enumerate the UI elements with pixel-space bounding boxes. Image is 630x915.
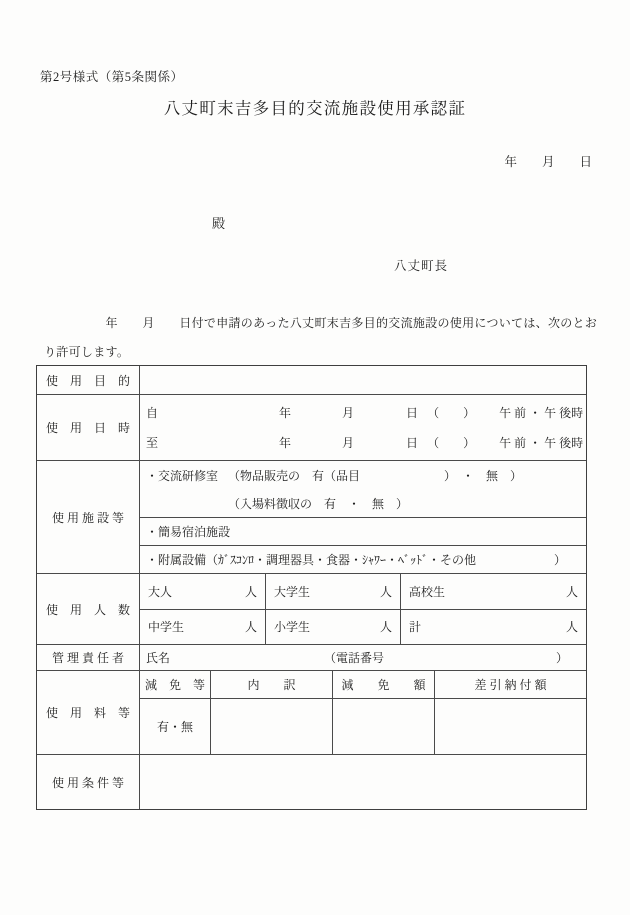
fee-label: 使 用 料 等: [37, 671, 140, 754]
people-cell-university[interactable]: 大学生 人: [266, 574, 401, 609]
manager-label: 管 理 責 任 者: [37, 645, 140, 670]
people-cell-total[interactable]: 計 人: [401, 610, 586, 645]
datetime-to-line: 至 年 月 日 （ ） 午 前 ・ 午 後 時: [140, 428, 586, 458]
people-highschool-label: 高校生: [409, 583, 445, 600]
people-label: 使 用 人 数: [37, 574, 140, 644]
table-row-people: 使 用 人 数 大人 人 大学生 人 高校生 人: [37, 573, 586, 644]
fee-exemption-choice[interactable]: 有・無: [140, 699, 211, 754]
facility-training-room: ・交流研修室 （物品販売の 有（品目 ） ・ 無 ） （入場料徴収の 有 ・ 無…: [140, 461, 586, 517]
dt-from-hour: 時: [571, 404, 583, 421]
approval-table: 使 用 目 的 使 用 日 時 自 年 月 日 （ ） 午 前 ・ 午 後 時 …: [36, 365, 587, 810]
people-elementary-label: 小学生: [274, 618, 310, 635]
people-row-1: 大人 人 大学生 人 高校生 人: [140, 574, 586, 609]
people-university-unit: 人: [380, 583, 392, 600]
people-university-label: 大学生: [274, 583, 310, 600]
people-cell-elementary[interactable]: 小学生 人: [266, 610, 401, 645]
fee-data-row: 有・無: [140, 698, 586, 754]
goods-sale-option[interactable]: （物品販売の 有（品目: [228, 467, 360, 484]
fee-header-exemption-amount: 減 免 額: [333, 671, 435, 698]
purpose-label: 使 用 目 的: [37, 366, 140, 394]
dt-from-month: 月: [342, 404, 354, 421]
body-text-line1: 年 月 日付で申請のあった八丈町末吉多目的交流施設の使用については、次のとお: [44, 314, 597, 331]
fee-header-breakdown: 内 訳: [211, 671, 333, 698]
dt-from-prefix: 自: [146, 404, 158, 421]
addressee-honorific: 殿: [212, 213, 225, 232]
dt-to-year: 年: [279, 434, 291, 451]
facilities-value-cell: ・交流研修室 （物品販売の 有（品目 ） ・ 無 ） （入場料徴収の 有 ・ 無…: [140, 461, 586, 573]
purpose-value-cell[interactable]: [140, 366, 586, 394]
fee-net-payment-cell[interactable]: [435, 699, 586, 754]
people-juniorhigh-unit: 人: [245, 618, 257, 635]
people-total-label: 計: [409, 618, 421, 635]
fee-exemption-amount-cell[interactable]: [333, 699, 435, 754]
fee-breakdown-cell[interactable]: [211, 699, 333, 754]
datetime-value-cell: 自 年 月 日 （ ） 午 前 ・ 午 後 時 至 年 月 日 （ ） 午 前 …: [140, 395, 586, 460]
people-juniorhigh-label: 中学生: [148, 618, 184, 635]
goods-sale-option-end[interactable]: ） ・ 無 ）: [444, 467, 522, 484]
dt-from-year: 年: [279, 404, 291, 421]
dt-from-weekday-paren[interactable]: （ ）: [427, 404, 475, 421]
people-adult-unit: 人: [245, 583, 257, 600]
dt-to-prefix: 至: [146, 434, 158, 451]
fee-header-exemption: 減 免 等: [140, 671, 211, 698]
dt-from-ampm-choice[interactable]: 午 前 ・ 午 後: [499, 404, 571, 421]
datetime-from-line: 自 年 月 日 （ ） 午 前 ・ 午 後 時: [140, 398, 586, 428]
people-elementary-unit: 人: [380, 618, 392, 635]
datetime-label: 使 用 日 時: [37, 395, 140, 460]
people-cell-highschool[interactable]: 高校生 人: [401, 574, 586, 609]
manager-phone-label: （電話番号: [324, 649, 384, 666]
dt-to-hour: 時: [571, 434, 583, 451]
manager-phone-close-paren: ）: [556, 649, 568, 666]
people-cell-adult[interactable]: 大人 人: [140, 574, 266, 609]
people-cell-juniorhigh[interactable]: 中学生 人: [140, 610, 266, 645]
equipment-close-paren: ）: [554, 551, 566, 568]
table-row-conditions: 使 用 条 件 等: [37, 754, 586, 809]
admission-fee-option[interactable]: （入場料徴収の 有 ・ 無 ）: [140, 489, 586, 517]
body-text-line2: り許可します。: [44, 343, 129, 360]
conditions-value-cell[interactable]: [140, 755, 586, 809]
page-title: 八丈町末吉多目的交流施設使用承認証: [0, 95, 630, 119]
people-adult-label: 大人: [148, 583, 172, 600]
conditions-label: 使 用 条 件 等: [37, 755, 140, 809]
facility-lodging[interactable]: ・簡易宿泊施設: [140, 517, 586, 545]
dt-from-day: 日: [406, 404, 418, 421]
facility-training-room-line1: ・交流研修室 （物品販売の 有（品目 ） ・ 無 ）: [140, 461, 586, 489]
table-row-facilities: 使 用 施 設 等 ・交流研修室 （物品販売の 有（品目 ） ・ 無 ） （入場…: [37, 460, 586, 573]
people-row-2: 中学生 人 小学生 人 計 人: [140, 609, 586, 645]
dt-to-day: 日: [406, 434, 418, 451]
fee-header-net-payment: 差 引 納 付 額: [435, 671, 586, 698]
dt-to-month: 月: [342, 434, 354, 451]
manager-name-label: 氏名: [146, 649, 170, 666]
table-row-datetime: 使 用 日 時 自 年 月 日 （ ） 午 前 ・ 午 後 時 至 年 月 日 …: [37, 394, 586, 460]
form-page: 第2号様式（第5条関係） 八丈町末吉多目的交流施設使用承認証 年 月 日 殿 八…: [0, 0, 630, 915]
facilities-label: 使 用 施 設 等: [37, 461, 140, 573]
training-room-item[interactable]: ・交流研修室: [146, 467, 218, 484]
table-row-purpose: 使 用 目 的: [37, 366, 586, 394]
table-row-manager: 管 理 責 任 者 氏名 （電話番号 ）: [37, 644, 586, 670]
dt-to-ampm-choice[interactable]: 午 前 ・ 午 後: [499, 434, 571, 451]
issue-date-line: 年 月 日: [504, 152, 592, 170]
dt-to-weekday-paren[interactable]: （ ）: [427, 434, 475, 451]
equipment-list: ・附属設備（ｶﾞｽｺﾝﾛ・調理器具・食器・ｼｬﾜｰ・ﾍﾞｯﾄﾞ・その他: [146, 551, 476, 568]
manager-value-cell[interactable]: 氏名 （電話番号 ）: [140, 645, 586, 670]
fee-value-cell: 減 免 等 内 訳 減 免 額 差 引 納 付 額 有・無: [140, 671, 586, 754]
people-total-unit: 人: [566, 618, 578, 635]
facility-equipment[interactable]: ・附属設備（ｶﾞｽｺﾝﾛ・調理器具・食器・ｼｬﾜｰ・ﾍﾞｯﾄﾞ・その他 ）: [140, 545, 586, 573]
form-number: 第2号様式（第5条関係）: [40, 67, 184, 85]
issuer-mayor: 八丈町長: [394, 256, 448, 274]
table-row-fee: 使 用 料 等 減 免 等 内 訳 減 免 額 差 引 納 付 額 有・無: [37, 670, 586, 754]
fee-header-row: 減 免 等 内 訳 減 免 額 差 引 納 付 額: [140, 671, 586, 698]
people-value-cell: 大人 人 大学生 人 高校生 人 中学生 人: [140, 574, 586, 644]
people-highschool-unit: 人: [566, 583, 578, 600]
